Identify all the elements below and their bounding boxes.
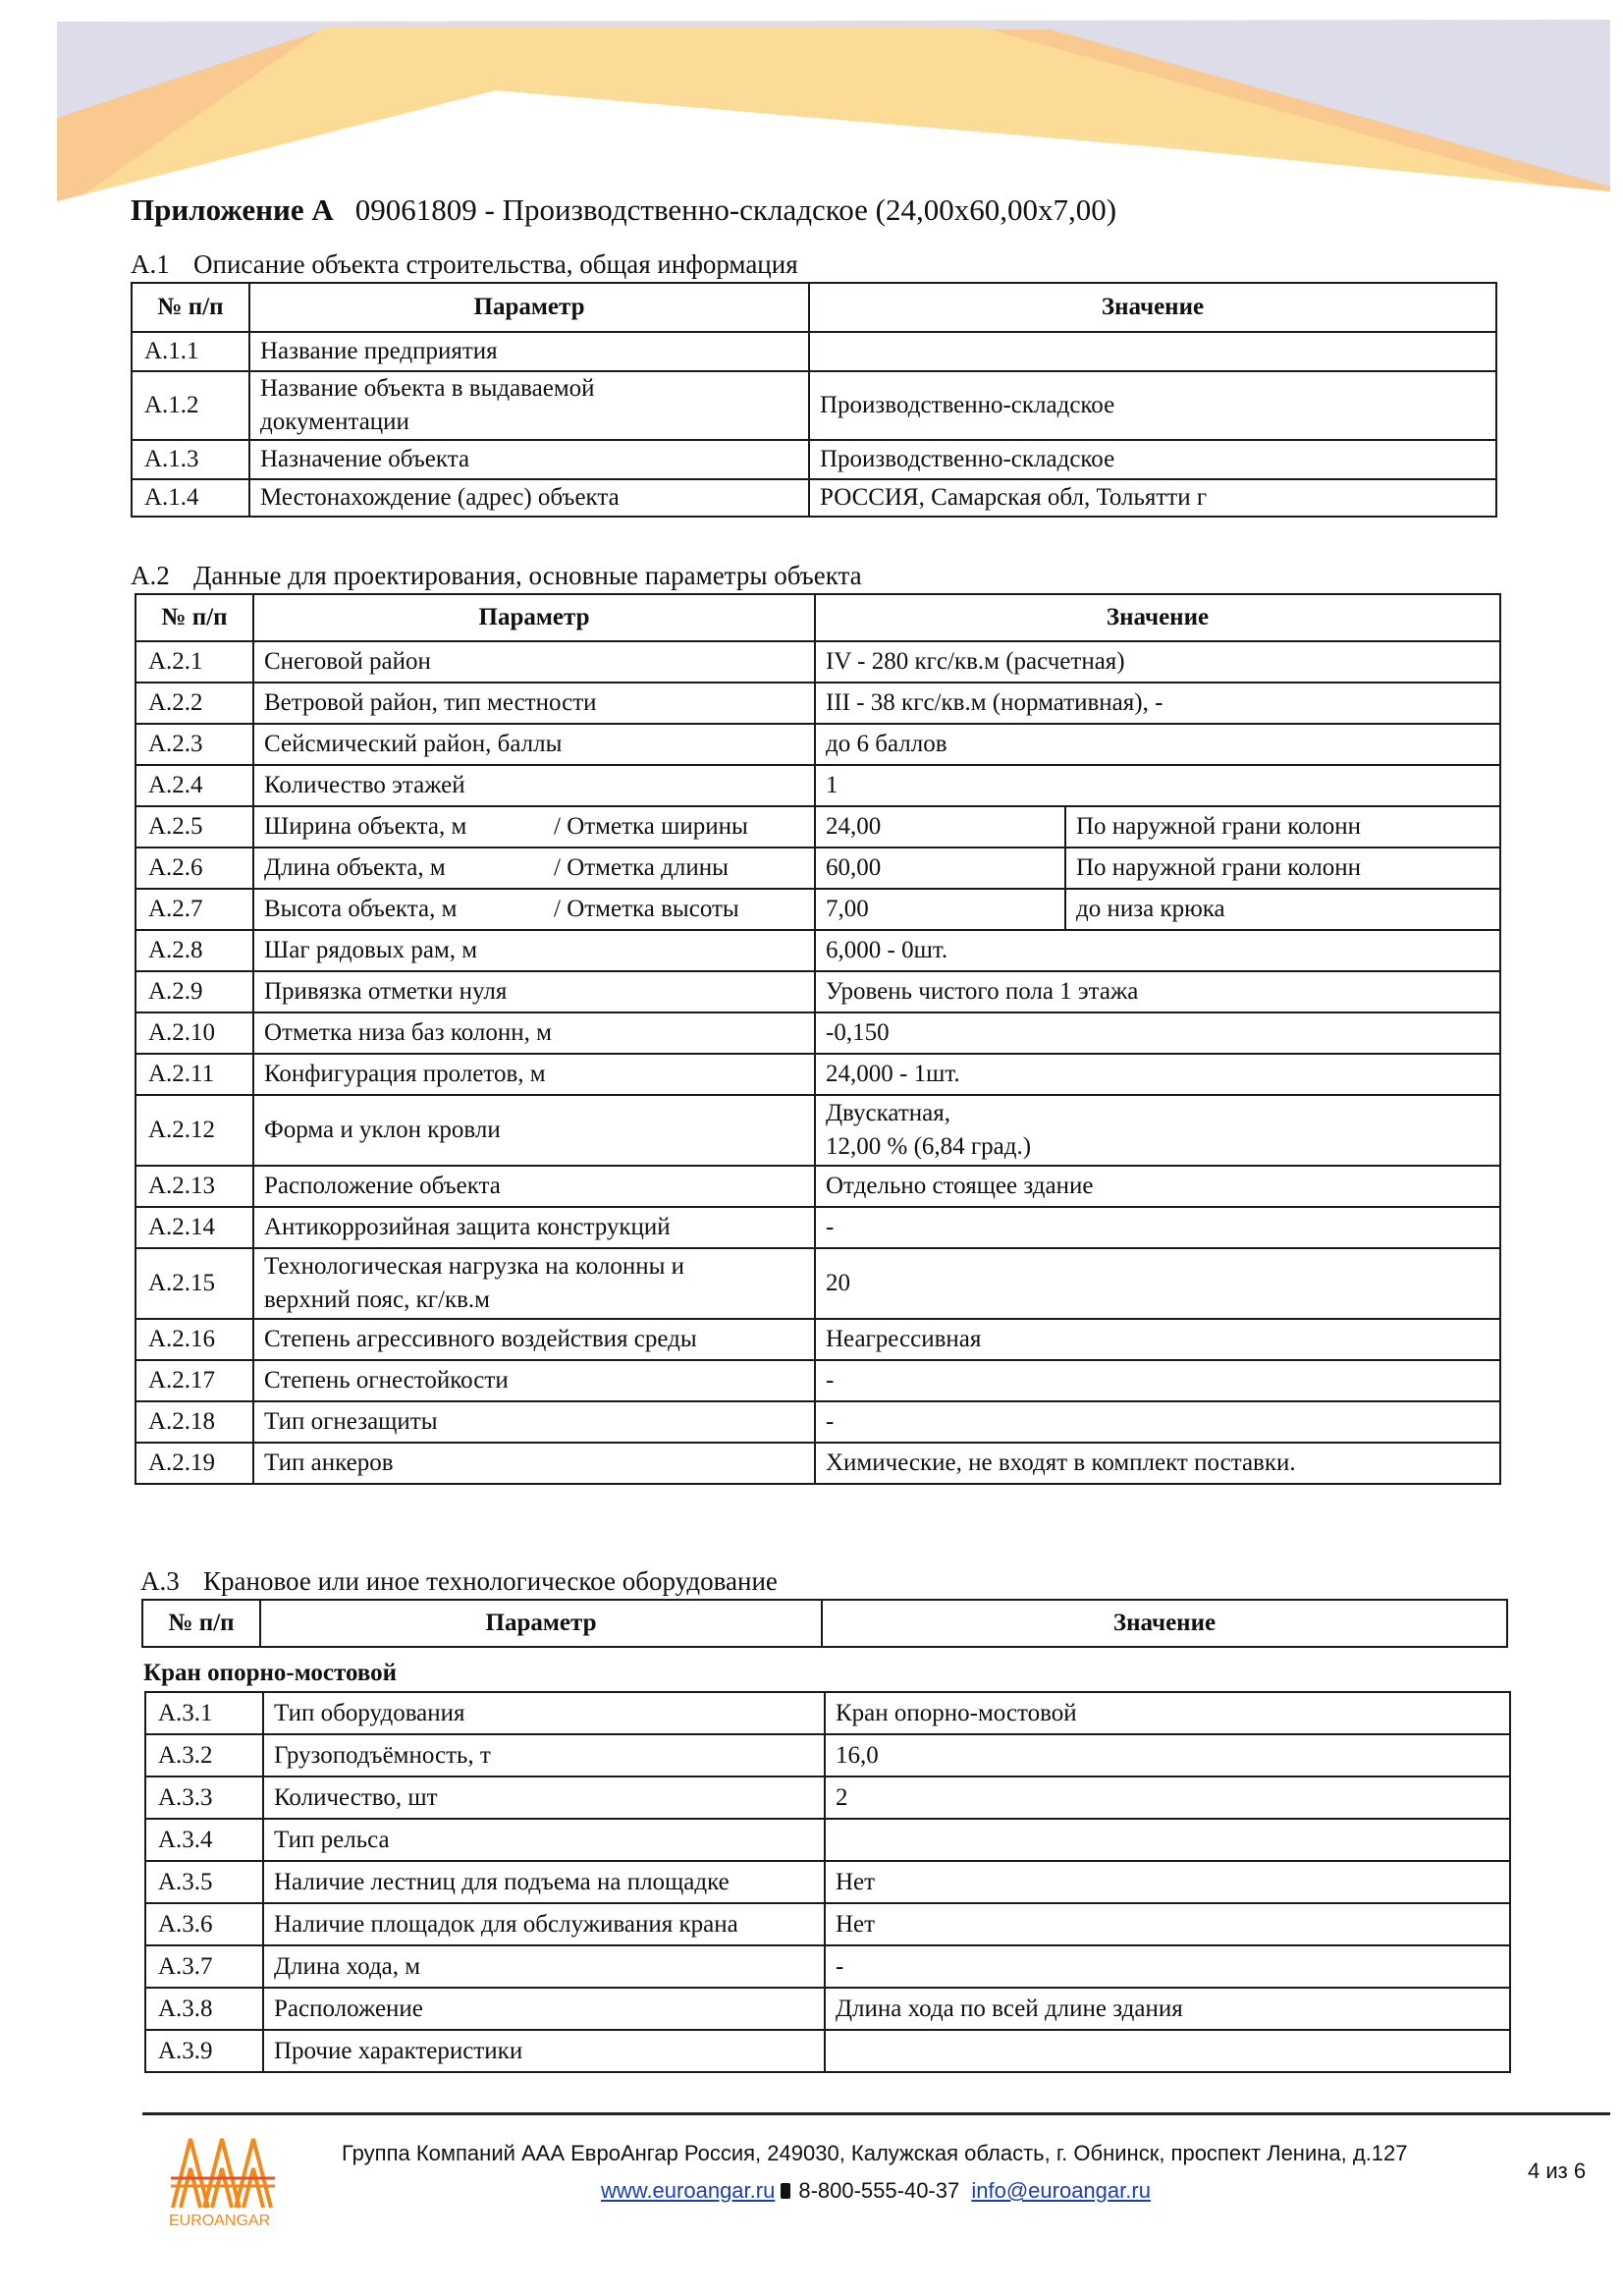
row-value: Производственно-складское — [809, 440, 1496, 479]
row-value: Отдельно стоящее здание — [815, 1166, 1500, 1207]
email-link[interactable]: info@euroangar.ru — [971, 2178, 1151, 2203]
table-row: А.1.3Назначение объектаПроизводственно-с… — [132, 440, 1496, 479]
row-value: Химические, не входят в комплект поставк… — [815, 1443, 1500, 1484]
param-mark: / Отметка длины — [554, 854, 729, 881]
col-header-num: № п/п — [132, 283, 249, 332]
table-row: А.2.9Привязка отметки нуляУровень чистог… — [135, 971, 1500, 1012]
row-param: Местонахождение (адрес) объекта — [249, 479, 809, 517]
row-param: Тип анкеров — [253, 1443, 815, 1484]
row-id: А.3.1 — [145, 1692, 263, 1734]
row-param: Сейсмический район, баллы — [253, 724, 815, 765]
row-value: III - 38 кгс/кв.м (нормативная), - — [815, 683, 1500, 724]
row-value: 6,000 - 0шт. — [815, 930, 1500, 971]
row-param: Технологическая нагрузка на колонны ивер… — [253, 1248, 815, 1319]
row-value: 24,00 — [815, 806, 1065, 847]
row-id: А.2.2 — [135, 683, 253, 724]
row-param: Расположение — [263, 1988, 825, 2030]
row-param: Форма и уклон кровли — [253, 1095, 815, 1166]
row-param: Количество, шт — [263, 1777, 825, 1819]
table-row: А.2.19Тип анкеровХимические, не входят в… — [135, 1443, 1500, 1484]
row-value: Длина хода по всей длине здания — [825, 1988, 1510, 2030]
row-id: А.2.14 — [135, 1207, 253, 1248]
row-value: 7,00 — [815, 889, 1065, 930]
row-value: Нет — [825, 1903, 1510, 1945]
table-row: А.3.4Тип рельса — [145, 1819, 1510, 1861]
param-mark: / Отметка ширины — [554, 813, 748, 840]
row-value: до 6 баллов — [815, 724, 1500, 765]
row-id: А.2.11 — [135, 1054, 253, 1095]
row-param: Тип оборудования — [263, 1692, 825, 1734]
row-id: А.3.7 — [145, 1945, 263, 1988]
col-header-num: № п/п — [142, 1600, 260, 1647]
col-header-value: Значение — [822, 1600, 1507, 1647]
row-param: Степень агрессивного воздействия среды — [253, 1319, 815, 1360]
row-value: Двускатная,12,00 % (6,84 град.) — [815, 1095, 1500, 1166]
row-id: А.2.7 — [135, 889, 253, 930]
table-row: А.2.16Степень агрессивного воздействия с… — [135, 1319, 1500, 1360]
row-value: 1 — [815, 765, 1500, 806]
table-row: А.2.3Сейсмический район, баллыдо 6 балло… — [135, 724, 1500, 765]
website-link[interactable]: www.euroangar.ru — [601, 2178, 775, 2203]
col-header-param: Параметр — [253, 594, 815, 641]
row-id: А.3.8 — [145, 1988, 263, 2030]
row-value — [809, 332, 1496, 371]
row-value: Нет — [825, 1861, 1510, 1903]
row-value: Уровень чистого пола 1 этажа — [815, 971, 1500, 1012]
row-value: - — [815, 1207, 1500, 1248]
phone-number: 8-800-555-40-37 — [798, 2178, 959, 2203]
table-row: А.2.10Отметка низа баз колонн, м-0,150 — [135, 1012, 1500, 1054]
table-row: А.3.5Наличие лестниц для подъема на площ… — [145, 1861, 1510, 1903]
col-header-param: Параметр — [260, 1600, 822, 1647]
row-param: Антикоррозийная защита конструкций — [253, 1207, 815, 1248]
appendix-label: Приложение А — [131, 192, 334, 227]
row-id: А.1.4 — [132, 479, 249, 517]
row-note: По наружной грани колонн — [1065, 847, 1500, 889]
row-value: Производственно-складское — [809, 371, 1496, 440]
row-id: А.2.6 — [135, 847, 253, 889]
table-row: А.3.8РасположениеДлина хода по всей длин… — [145, 1988, 1510, 2030]
crane-subheading: Кран опорно-мостовой — [143, 1660, 397, 1687]
table-row: А.3.3Количество, шт2 — [145, 1777, 1510, 1819]
row-note: По наружной грани колонн — [1065, 806, 1500, 847]
row-param: Отметка низа баз колонн, м — [253, 1012, 815, 1054]
row-id: А.1.1 — [132, 332, 249, 371]
row-value: 2 — [825, 1777, 1510, 1819]
table-row: А.2.18Тип огнезащиты- — [135, 1401, 1500, 1443]
row-id: А.3.6 — [145, 1903, 263, 1945]
row-param: Шаг рядовых рам, м — [253, 930, 815, 971]
row-param: Количество этажей — [253, 765, 815, 806]
section-a3-title: А.3Крановое или иное технологическое обо… — [140, 1566, 778, 1597]
row-id: А.1.2 — [132, 371, 249, 440]
company-address: Группа Компаний ААА ЕвроАнгар Россия, 24… — [342, 2141, 1408, 2166]
table-row: А.2.12Форма и уклон кровлиДвускатная,12,… — [135, 1095, 1500, 1166]
cell-line: Название объекта в выдаваемой — [260, 372, 798, 406]
row-param: Длина объекта, м/ Отметка длины — [253, 847, 815, 889]
cell-line: верхний пояс, кг/кв.м — [264, 1284, 804, 1317]
table-row: А.3.6Наличие площадок для обслуживания к… — [145, 1903, 1510, 1945]
row-param: Наличие лестниц для подъема на площадке — [263, 1861, 825, 1903]
row-id: А.2.13 — [135, 1166, 253, 1207]
row-value: 20 — [815, 1248, 1500, 1319]
row-value: 16,0 — [825, 1734, 1510, 1777]
euroangar-logo: EUROANGAR — [165, 2131, 293, 2239]
cell-line: Технологическая нагрузка на колонны и — [264, 1250, 804, 1284]
header-banner — [0, 0, 1623, 206]
row-id: А.2.1 — [135, 641, 253, 683]
row-value: 60,00 — [815, 847, 1065, 889]
row-id: А.3.9 — [145, 2030, 263, 2072]
phone-icon — [781, 2183, 790, 2199]
row-id: А.2.15 — [135, 1248, 253, 1319]
row-value: Неагрессивная — [815, 1319, 1500, 1360]
table-row: А.3.2Грузоподъёмность, т16,0 — [145, 1734, 1510, 1777]
row-id: А.3.5 — [145, 1861, 263, 1903]
table-row: А.2.7Высота объекта, м/ Отметка высоты7,… — [135, 889, 1500, 930]
row-param: Расположение объекта — [253, 1166, 815, 1207]
table-row: А.3.1Тип оборудованияКран опорно-мостово… — [145, 1692, 1510, 1734]
table-row: А.1.1Название предприятия — [132, 332, 1496, 371]
row-id: А.2.8 — [135, 930, 253, 971]
row-param: Снеговой район — [253, 641, 815, 683]
table-row: А.1.4Местонахождение (адрес) объектаРОСС… — [132, 479, 1496, 517]
table-row: А.1.2Название объекта в выдаваемойдокуме… — [132, 371, 1496, 440]
row-id: А.2.19 — [135, 1443, 253, 1484]
table-row: А.2.2Ветровой район, тип местностиIII - … — [135, 683, 1500, 724]
table-row: А.2.5Ширина объекта, м/ Отметка ширины24… — [135, 806, 1500, 847]
cell-line: Двускатная, — [826, 1097, 1489, 1130]
row-id: А.2.4 — [135, 765, 253, 806]
svg-text:EUROANGAR: EUROANGAR — [169, 2213, 270, 2229]
row-value: IV - 280 кгс/кв.м (расчетная) — [815, 641, 1500, 683]
table-row: А.2.11Конфигурация пролетов, м24,000 - 1… — [135, 1054, 1500, 1095]
row-value: 24,000 - 1шт. — [815, 1054, 1500, 1095]
param-text: Ширина объекта, м — [264, 813, 554, 841]
table-row: А.2.13Расположение объектаОтдельно стоящ… — [135, 1166, 1500, 1207]
footer-contacts: www.euroangar.ru8-800-555-40-37 info@eur… — [601, 2178, 1151, 2204]
row-id: А.3.4 — [145, 1819, 263, 1861]
col-header-param: Параметр — [249, 283, 809, 332]
col-header-value: Значение — [815, 594, 1500, 641]
row-id: А.3.3 — [145, 1777, 263, 1819]
table-row: А.3.9Прочие характеристики — [145, 2030, 1510, 2072]
table-row: А.3.7Длина хода, м- — [145, 1945, 1510, 1988]
row-param: Привязка отметки нуля — [253, 971, 815, 1012]
object-title: 09061809 - Производственно-складское (24… — [355, 192, 1116, 227]
row-value — [825, 2030, 1510, 2072]
row-param: Название предприятия — [249, 332, 809, 371]
footer-divider — [142, 2112, 1610, 2115]
row-id: А.2.12 — [135, 1095, 253, 1166]
table-a3: А.3.1Тип оборудованияКран опорно-мостово… — [144, 1691, 1511, 2073]
param-text: Длина объекта, м — [264, 854, 554, 882]
row-param: Наличие площадок для обслуживания крана — [263, 1903, 825, 1945]
param-text: Высота объекта, м — [264, 896, 554, 923]
cell-line: документации — [260, 406, 798, 439]
row-id: А.2.9 — [135, 971, 253, 1012]
document-title: Приложение А09061809 - Производственно-с… — [131, 192, 1116, 228]
row-id: А.2.10 — [135, 1012, 253, 1054]
table-row: А.2.4Количество этажей1 — [135, 765, 1500, 806]
row-note: до низа крюка — [1065, 889, 1500, 930]
row-param: Длина хода, м — [263, 1945, 825, 1988]
section-a2-title: А.2Данные для проектирования, основные п… — [131, 561, 862, 591]
row-param: Ветровой район, тип местности — [253, 683, 815, 724]
row-param: Прочие характеристики — [263, 2030, 825, 2072]
section-a1-title: А.1Описание объекта строительства, общая… — [131, 249, 798, 280]
table-a3-header: № п/п Параметр Значение — [141, 1599, 1508, 1648]
row-param: Грузоподъёмность, т — [263, 1734, 825, 1777]
table-row: А.2.14Антикоррозийная защита конструкций… — [135, 1207, 1500, 1248]
col-header-value: Значение — [809, 283, 1496, 332]
row-id: А.1.3 — [132, 440, 249, 479]
row-id: А.2.16 — [135, 1319, 253, 1360]
row-value — [825, 1819, 1510, 1861]
row-param: Назначение объекта — [249, 440, 809, 479]
table-row: А.2.6Длина объекта, м/ Отметка длины60,0… — [135, 847, 1500, 889]
table-a1: № п/п Параметр Значение А.1.1Название пр… — [131, 282, 1497, 518]
row-id: А.2.18 — [135, 1401, 253, 1443]
row-param: Тип огнезащиты — [253, 1401, 815, 1443]
table-row: А.2.17Степень огнестойкости- — [135, 1360, 1500, 1401]
row-id: А.2.3 — [135, 724, 253, 765]
col-header-num: № п/п — [135, 594, 253, 641]
row-param: Конфигурация пролетов, м — [253, 1054, 815, 1095]
row-value: - — [815, 1401, 1500, 1443]
row-value: - — [825, 1945, 1510, 1988]
table-row: А.2.15Технологическая нагрузка на колонн… — [135, 1248, 1500, 1319]
row-value: -0,150 — [815, 1012, 1500, 1054]
table-row: А.2.8Шаг рядовых рам, м6,000 - 0шт. — [135, 930, 1500, 971]
row-id: А.2.17 — [135, 1360, 253, 1401]
row-param: Название объекта в выдаваемойдокументаци… — [249, 371, 809, 440]
row-value: - — [815, 1360, 1500, 1401]
row-param: Высота объекта, м/ Отметка высоты — [253, 889, 815, 930]
param-mark: / Отметка высоты — [554, 896, 739, 922]
row-id: А.3.2 — [145, 1734, 263, 1777]
row-param: Тип рельса — [263, 1819, 825, 1861]
row-value: Кран опорно-мостовой — [825, 1692, 1510, 1734]
table-row: А.2.1Снеговой районIV - 280 кгс/кв.м (ра… — [135, 641, 1500, 683]
cell-line: 12,00 % (6,84 град.) — [826, 1130, 1489, 1164]
row-value: РОССИЯ, Самарская обл, Тольятти г — [809, 479, 1496, 517]
row-param: Ширина объекта, м/ Отметка ширины — [253, 806, 815, 847]
row-id: А.2.5 — [135, 806, 253, 847]
row-param: Степень огнестойкости — [253, 1360, 815, 1401]
page-number: 4 из 6 — [1528, 2159, 1586, 2184]
table-a2: № п/п Параметр Значение А.2.1Снеговой ра… — [135, 593, 1501, 1485]
